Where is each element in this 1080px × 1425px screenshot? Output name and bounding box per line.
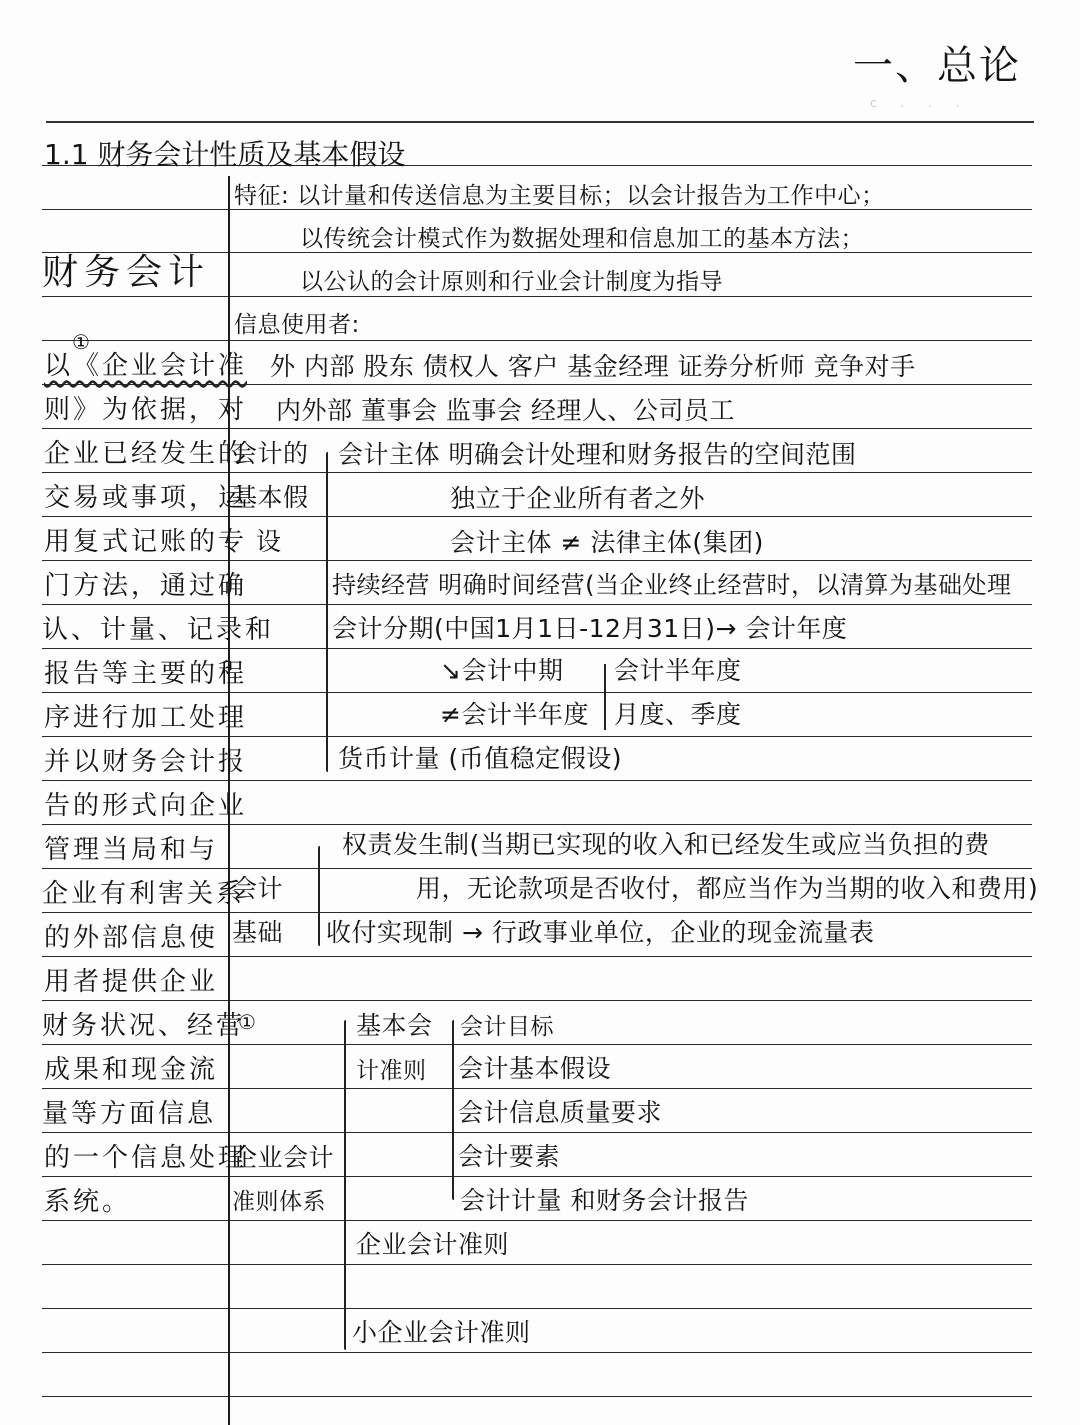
ruled-line <box>42 824 1032 825</box>
ruled-line <box>42 692 1032 693</box>
section-title: 1.1 财务会计性质及基本假设 <box>44 133 405 173</box>
basic-standard-label: 基本会 <box>356 1011 433 1041</box>
characteristics-label: 特征: <box>234 183 289 209</box>
assumptions-label: 设 <box>256 527 282 557</box>
info-users-external: 外 内部 股东 债权人 客户 基金经理 证券分析师 竞争对手 <box>270 352 916 382</box>
ruled-line <box>42 604 1032 605</box>
basis-item: 收付实现制 → 行政事业单位，企业的现金流量表 <box>326 918 874 948</box>
standards-label: 企业会计 <box>232 1143 334 1173</box>
assumption-item: 会计主体 明确会计处理和财务报告的空间范围 <box>338 440 856 470</box>
basis-label: 会计 <box>232 874 283 904</box>
definition-line: 序进行加工处理 <box>44 703 247 733</box>
characteristics-line: 以传统会计模式作为数据处理和信息加工的基本方法； <box>300 224 864 254</box>
basic-standard-item: 会计信息质量要求 <box>458 1098 662 1128</box>
definition-line: 企业有利害关系 <box>42 879 245 909</box>
info-users-label: 信息使用者: <box>234 310 360 340</box>
ruled-line <box>42 1308 1032 1309</box>
ruled-line <box>46 121 1034 123</box>
characteristics-line: 以计量和传送信息为主要目标；以会计报告为工作中心； <box>297 183 885 209</box>
ruled-line <box>42 648 1032 649</box>
brace-basic-standard <box>452 1020 454 1200</box>
basis-item: 用，无论款项是否收付，都应当作为当期的收入和费用) <box>416 874 1038 904</box>
ruled-line <box>42 1396 1032 1397</box>
interim-sub: 月度、季度 <box>614 700 742 730</box>
faint-marks: c . . . <box>870 96 969 110</box>
ruled-line <box>42 868 1032 869</box>
circled-number: ① <box>238 1010 256 1034</box>
ruled-line <box>42 340 1032 341</box>
standards-item: 小企业会计准则 <box>352 1318 531 1348</box>
definition-line: 并以财务会计报 <box>44 747 247 777</box>
characteristics-line: 以公认的会计原则和行业会计制度为指导 <box>300 267 723 297</box>
assumption-item: 持续经营 明确时间经营(当企业终止经营时，以清算为基础处理 <box>332 570 1012 600</box>
basic-standard-item: 会计计量 和财务会计报告 <box>460 1186 749 1216</box>
definition-line: 门方法，通过确 <box>44 571 247 601</box>
definition-line: 则》为依据，对 <box>44 395 247 425</box>
ruled-line <box>42 1132 1032 1133</box>
ruled-line <box>42 736 1032 737</box>
brace-basis <box>318 846 320 946</box>
definition-line: 系统。 <box>44 1187 131 1217</box>
ruled-line <box>42 956 1032 957</box>
definition-line: 交易或事项，运 <box>44 483 247 513</box>
assumption-item: 货币计量 (币值稳定假设) <box>338 744 622 774</box>
standards-label: 准则体系 <box>232 1187 326 1217</box>
definition-line: 的一个信息处理 <box>44 1143 247 1173</box>
definition-line: 告的形式向企业 <box>44 791 247 821</box>
definition-line: 用者提供企业 <box>44 967 218 997</box>
ruled-line <box>42 1220 1032 1221</box>
brace-assumptions <box>326 452 328 772</box>
basic-standard-item: 会计要素 <box>458 1142 560 1172</box>
basis-label: 基础 <box>232 918 283 948</box>
assumption-item: 会计分期(中国1月1日-12月31日)→ 会计年度 <box>332 614 847 644</box>
standards-item: 企业会计准则 <box>356 1230 509 1260</box>
basic-standard-item: 会计基本假设 <box>458 1054 611 1084</box>
basic-standard-label: 计准则 <box>356 1056 427 1086</box>
assumption-item: ≠会计半年度 <box>440 700 589 730</box>
ruled-line <box>42 912 1032 913</box>
ruled-line <box>42 1176 1032 1177</box>
assumptions-label: 基本假 <box>232 483 309 513</box>
ruled-line <box>42 1044 1032 1045</box>
definition-line: 成果和现金流 <box>44 1055 218 1085</box>
definition-line: 报告等主要的程 <box>44 659 247 689</box>
chapter-title: 一、总论 <box>853 34 1021 91</box>
definition-line: 企业已经发生的 <box>44 439 247 469</box>
definition-line: 管理当局和与 <box>44 835 218 865</box>
ruled-line <box>42 780 1032 781</box>
ruled-line <box>42 1264 1032 1265</box>
brace-standards <box>344 1020 346 1350</box>
assumption-item: 会计主体 ≠ 法律主体(集团) <box>450 528 764 558</box>
assumptions-label: 会计的 <box>232 439 309 469</box>
basic-standard-item: 会计目标 <box>460 1012 554 1042</box>
info-users-internal: 内外部 董事会 监事会 经理人、公司员工 <box>276 396 735 426</box>
definition-line: 认、计量、记录和 <box>42 615 274 645</box>
definition-line: 以《企业会计准 <box>44 351 247 381</box>
assumption-item: 独立于企业所有者之外 <box>450 484 705 514</box>
assumption-item: ↘会计中期 <box>440 656 563 686</box>
definition-line: 财务状况、经营 <box>42 1011 245 1041</box>
ruled-line <box>42 428 1032 429</box>
definition-line: 量等方面信息 <box>42 1099 216 1129</box>
ruled-line <box>42 384 1032 385</box>
definition-line: 用复式记账的专 <box>44 527 247 557</box>
ruled-line <box>42 560 1032 561</box>
ruled-line <box>42 472 1032 473</box>
ruled-line <box>42 516 1032 517</box>
ruled-line <box>42 1352 1032 1353</box>
ruled-line <box>42 1088 1032 1089</box>
ruled-line <box>42 1000 1032 1001</box>
definition-line: 的外部信息使 <box>44 923 218 953</box>
brace-interim <box>604 664 606 730</box>
notebook-page: 一、总论 c . . . 1.1 财务会计性质及基本假设 财务会计 ① 以《企业… <box>0 0 1080 1425</box>
interim-sub: 会计半年度 <box>614 656 742 686</box>
basis-item: 权责发生制(当期已实现的收入和已经发生或应当负担的费 <box>342 830 990 860</box>
left-heading: 财务会计 <box>42 258 210 288</box>
